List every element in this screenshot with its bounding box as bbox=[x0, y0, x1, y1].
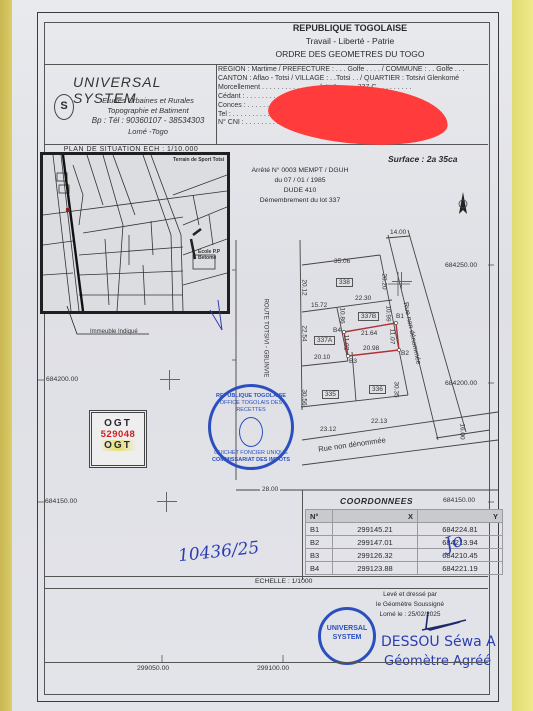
dimension-label: 16.00 bbox=[459, 423, 466, 439]
table-header-row: N° X Y bbox=[306, 510, 503, 523]
dimension-label: 28.00 bbox=[260, 486, 280, 493]
road-west-label: ROUTE TOTSIVI - GBLINVIE bbox=[262, 299, 268, 378]
point-label-b1: B1 bbox=[396, 313, 404, 320]
dimension-label: 35.06 bbox=[334, 258, 350, 265]
grid-x-label: 299050.00 bbox=[137, 665, 169, 672]
grid-y-label: 684200.00 bbox=[445, 380, 477, 387]
coordinates-title: COORDONNEES bbox=[340, 496, 413, 506]
dimension-label: 20.12 bbox=[301, 279, 308, 295]
parcel-label: 337B bbox=[358, 312, 379, 321]
ogt-number: 529048 bbox=[92, 429, 144, 440]
table-row: B2299147.01684213.94 bbox=[306, 536, 503, 549]
stamp-line: OFFICE TOGOLAIS DES RECETTES bbox=[211, 400, 291, 414]
cell: B4 bbox=[306, 562, 333, 575]
dimension-label: 10.86 bbox=[339, 307, 346, 323]
grid-cross bbox=[392, 272, 412, 292]
column-header: N° bbox=[306, 510, 333, 523]
signature-scribble bbox=[420, 610, 470, 634]
grid-y-label: 684200.00 bbox=[46, 376, 78, 383]
table-row: B4299123.88684221.19 bbox=[306, 562, 503, 575]
dimension-label: 10.99 bbox=[385, 305, 392, 321]
grid-y-label: 684150.00 bbox=[45, 498, 77, 505]
tax-office-stamp: REPUBLIQUE TOGOLAISE OFFICE TOGOLAIS DES… bbox=[208, 384, 294, 470]
column-header: X bbox=[333, 510, 418, 523]
cell: 299123.88 bbox=[333, 562, 418, 575]
dimension-label: 14.00 bbox=[390, 229, 406, 236]
divider bbox=[302, 490, 303, 580]
cell: B2 bbox=[306, 536, 333, 549]
cell: B3 bbox=[306, 549, 333, 562]
divider bbox=[44, 588, 488, 589]
ogt-bottom: OGT bbox=[92, 440, 144, 451]
dimension-label: 21.64 bbox=[361, 330, 377, 337]
parcel-label: 336 bbox=[369, 385, 386, 394]
dimension-label: 20.98 bbox=[363, 345, 379, 352]
point-label-b4: B4 bbox=[333, 327, 341, 334]
stamp-line: SYSTEM bbox=[321, 633, 373, 642]
parcel-label: 335 bbox=[322, 390, 339, 399]
table-row: B1299145.21684224.81 bbox=[306, 523, 503, 536]
column-header: Y bbox=[418, 510, 503, 523]
point-label-b2: B2 bbox=[401, 350, 409, 357]
dimension-label: 22.30 bbox=[355, 295, 371, 302]
company-stamp: UNIVERSAL SYSTEM bbox=[318, 607, 376, 665]
dimension-label: 22.54 bbox=[301, 325, 308, 341]
surveyor-name: DESSOU Séwa A bbox=[381, 634, 496, 650]
cell: 299126.32 bbox=[333, 549, 418, 562]
divider bbox=[44, 576, 488, 577]
dimension-label: 15.72 bbox=[311, 302, 327, 309]
dimension-label: 20.10 bbox=[314, 354, 330, 361]
scale: ECHELLE : 1/1000 bbox=[255, 578, 312, 585]
cell: B1 bbox=[306, 523, 333, 536]
point-label-b3: B3 bbox=[349, 358, 357, 365]
grid-x-label: 299100.00 bbox=[257, 665, 289, 672]
divider bbox=[44, 662, 488, 663]
dimension-label: 30.35 bbox=[393, 381, 400, 397]
dimension-label: 20.20 bbox=[381, 273, 388, 289]
dimension-label: 11.02 bbox=[342, 335, 349, 351]
stamp-line: GUICHET FONCIER UNIQUE bbox=[211, 450, 291, 457]
credit-line: le Géomètre Soussigné bbox=[350, 600, 470, 610]
parcel-label: 337A bbox=[314, 336, 335, 345]
cell: 299145.21 bbox=[333, 523, 418, 536]
ogt-stamp: OGT 529048 OGT bbox=[89, 410, 147, 468]
dimension-label: 22.13 bbox=[371, 418, 387, 425]
grid-cross bbox=[157, 492, 177, 512]
credit-line: Levé et dressé par bbox=[350, 590, 470, 600]
table-row: B3299126.32684210.45 bbox=[306, 549, 503, 562]
dimension-label: 23.12 bbox=[320, 426, 336, 433]
grid-y-label: 684150.00 bbox=[443, 497, 475, 504]
stamp-line: REPUBLIQUE TOGOLAISE bbox=[211, 393, 291, 400]
parcel-label: 338 bbox=[336, 278, 353, 287]
coordinates-table: N° X Y B1299145.21684224.81 B2299147.016… bbox=[305, 509, 503, 575]
grid-cross bbox=[160, 370, 180, 390]
emblem-icon bbox=[239, 417, 263, 447]
stamp-line: UNIVERSAL bbox=[321, 624, 373, 633]
stamp-line: COMMISSARIAT DES IMPOTS bbox=[211, 457, 291, 464]
dimension-label: 30.56 bbox=[301, 389, 308, 405]
ogt-top: OGT bbox=[92, 418, 144, 429]
cell: 684221.19 bbox=[418, 562, 503, 575]
dimension-label: 11.07 bbox=[388, 329, 395, 345]
cell: 299147.01 bbox=[333, 536, 418, 549]
grid-y-label: 684250.00 bbox=[445, 262, 477, 269]
